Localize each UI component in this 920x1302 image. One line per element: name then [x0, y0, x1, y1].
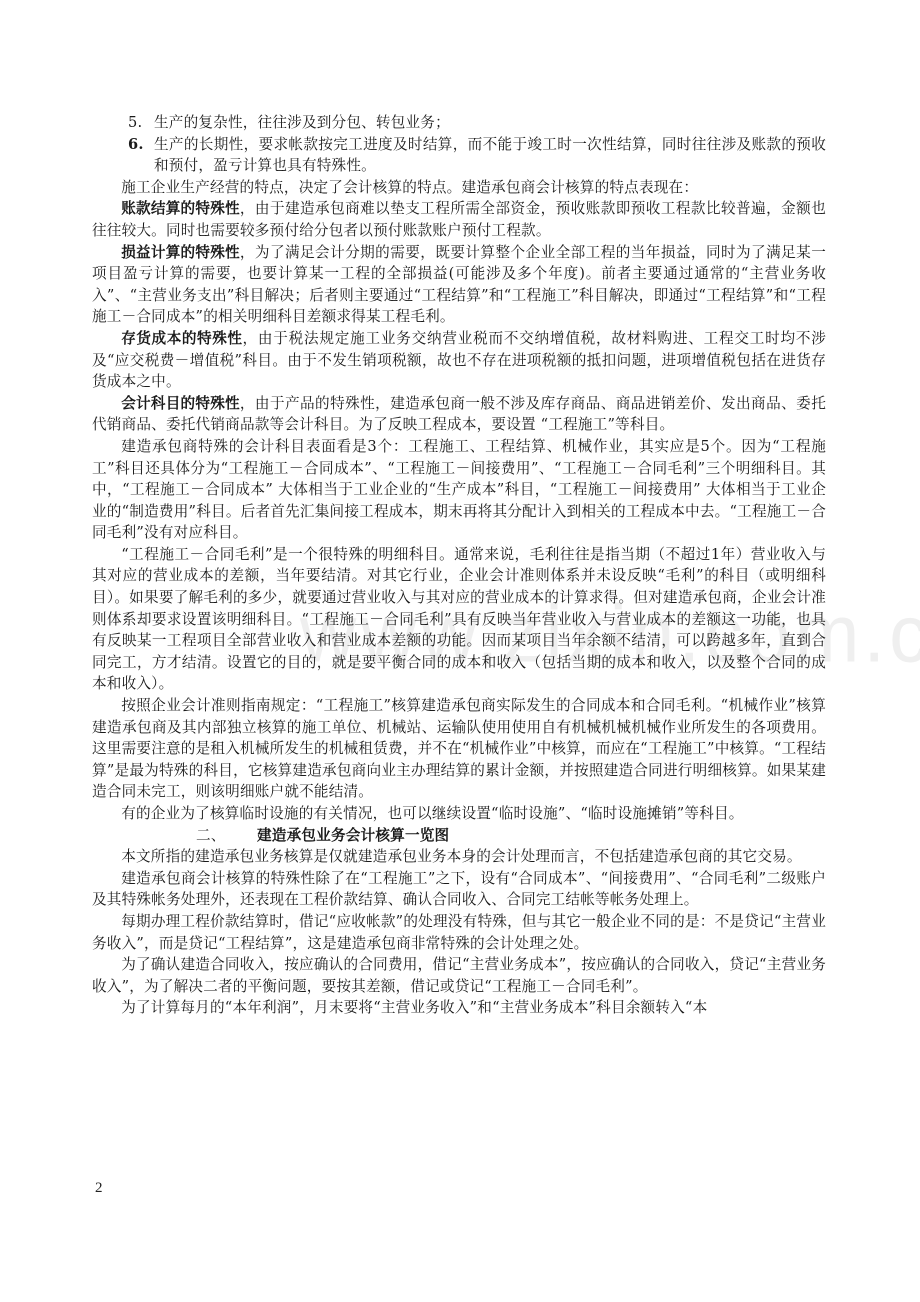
section-heading: 二、 建造承包业务会计核算一览图	[92, 825, 826, 847]
settlement-paragraph: 账款结算的特殊性，由于建造承包商难以垫支工程所需全部资金，预收账款即预收工程款比…	[92, 198, 826, 241]
section-paragraph-1: 本文所指的建造承包业务核算是仅就建造承包业务本身的会计处理而言，不包括建造承包商…	[92, 846, 826, 868]
profit-loss-paragraph: 损益计算的特殊性，为了满足会计分期的需要，既要计算整个企业全部工程的当年损益，同…	[92, 242, 826, 328]
list-number: 5.	[128, 112, 142, 134]
list-number: 6.	[128, 134, 144, 156]
list-item-5: 5. 生产的复杂性，往往涉及到分包、转包业务；	[92, 112, 826, 134]
gross-profit-paragraph: “工程施工－合同毛利”是一个很特殊的明细科目。通常来说，毛利往往是指当期（不超过…	[92, 544, 826, 695]
settlement-lead: 账款结算的特殊性	[121, 200, 240, 217]
list-item-text: 生产的复杂性，往往涉及到分包、转包业务；	[154, 114, 450, 131]
special-accounts-paragraph: 建造承包商特殊的会计科目表面看是3个：工程施工、工程结算、机械作业，其实应是5个…	[92, 436, 826, 544]
inventory-lead: 存货成本的特殊性	[121, 330, 242, 347]
section-paragraph-3: 每期办理工程价款结算时，借记“应收帐款”的处理没有特殊，但与其它一般企业不同的是…	[92, 911, 826, 954]
section-paragraph-2: 建造承包商会计核算的特殊性除了在“工程施工”之下，设有“合同成本”、“间接费用”…	[92, 868, 826, 911]
document-page: 5. 生产的复杂性，往往涉及到分包、转包业务； 6. 生产的长期性，要求帐款按完…	[92, 112, 826, 1019]
page-number: 2	[95, 1180, 103, 1197]
intro-paragraph: 施工企业生产经营的特点，决定了会计核算的特点。建造承包商会计核算的特点表现在：	[92, 177, 826, 199]
list-item-text: 生产的长期性，要求帐款按完工进度及时结算，而不能于竣工时一次性结算，同时往往涉及…	[154, 136, 826, 175]
list-item-6: 6. 生产的长期性，要求帐款按完工进度及时结算，而不能于竣工时一次性结算，同时往…	[92, 134, 826, 177]
temporary-facilities-paragraph: 有的企业为了核算临时设施的有关情况，也可以继续设置“临时设施”、“临时设施摊销”…	[92, 803, 826, 825]
inventory-paragraph: 存货成本的特殊性，由于税法规定施工业务交纳营业税而不交纳增值税，故材料购进、工程…	[92, 328, 826, 393]
accounts-lead: 会计科目的特殊性	[121, 395, 240, 412]
section-number: 二、	[196, 825, 226, 847]
section-paragraph-5: 为了计算每月的“本年利润”，月末要将“主营业务收入”和“主营业务成本”科目余额转…	[92, 997, 826, 1019]
section-title: 建造承包业务会计核算一览图	[257, 825, 449, 847]
accounts-paragraph: 会计科目的特殊性，由于产品的特殊性，建造承包商一般不涉及库存商品、商品进销差价、…	[92, 393, 826, 436]
profit-loss-lead: 损益计算的特殊性	[121, 244, 240, 261]
section-paragraph-4: 为了确认建造合同收入，按应确认的合同费用，借记“主营业务成本”，按应确认的合同收…	[92, 954, 826, 997]
guideline-paragraph: 按照企业会计准则指南规定：“工程施工”核算建造承包商实际发生的合同成本和合同毛利…	[92, 695, 826, 803]
